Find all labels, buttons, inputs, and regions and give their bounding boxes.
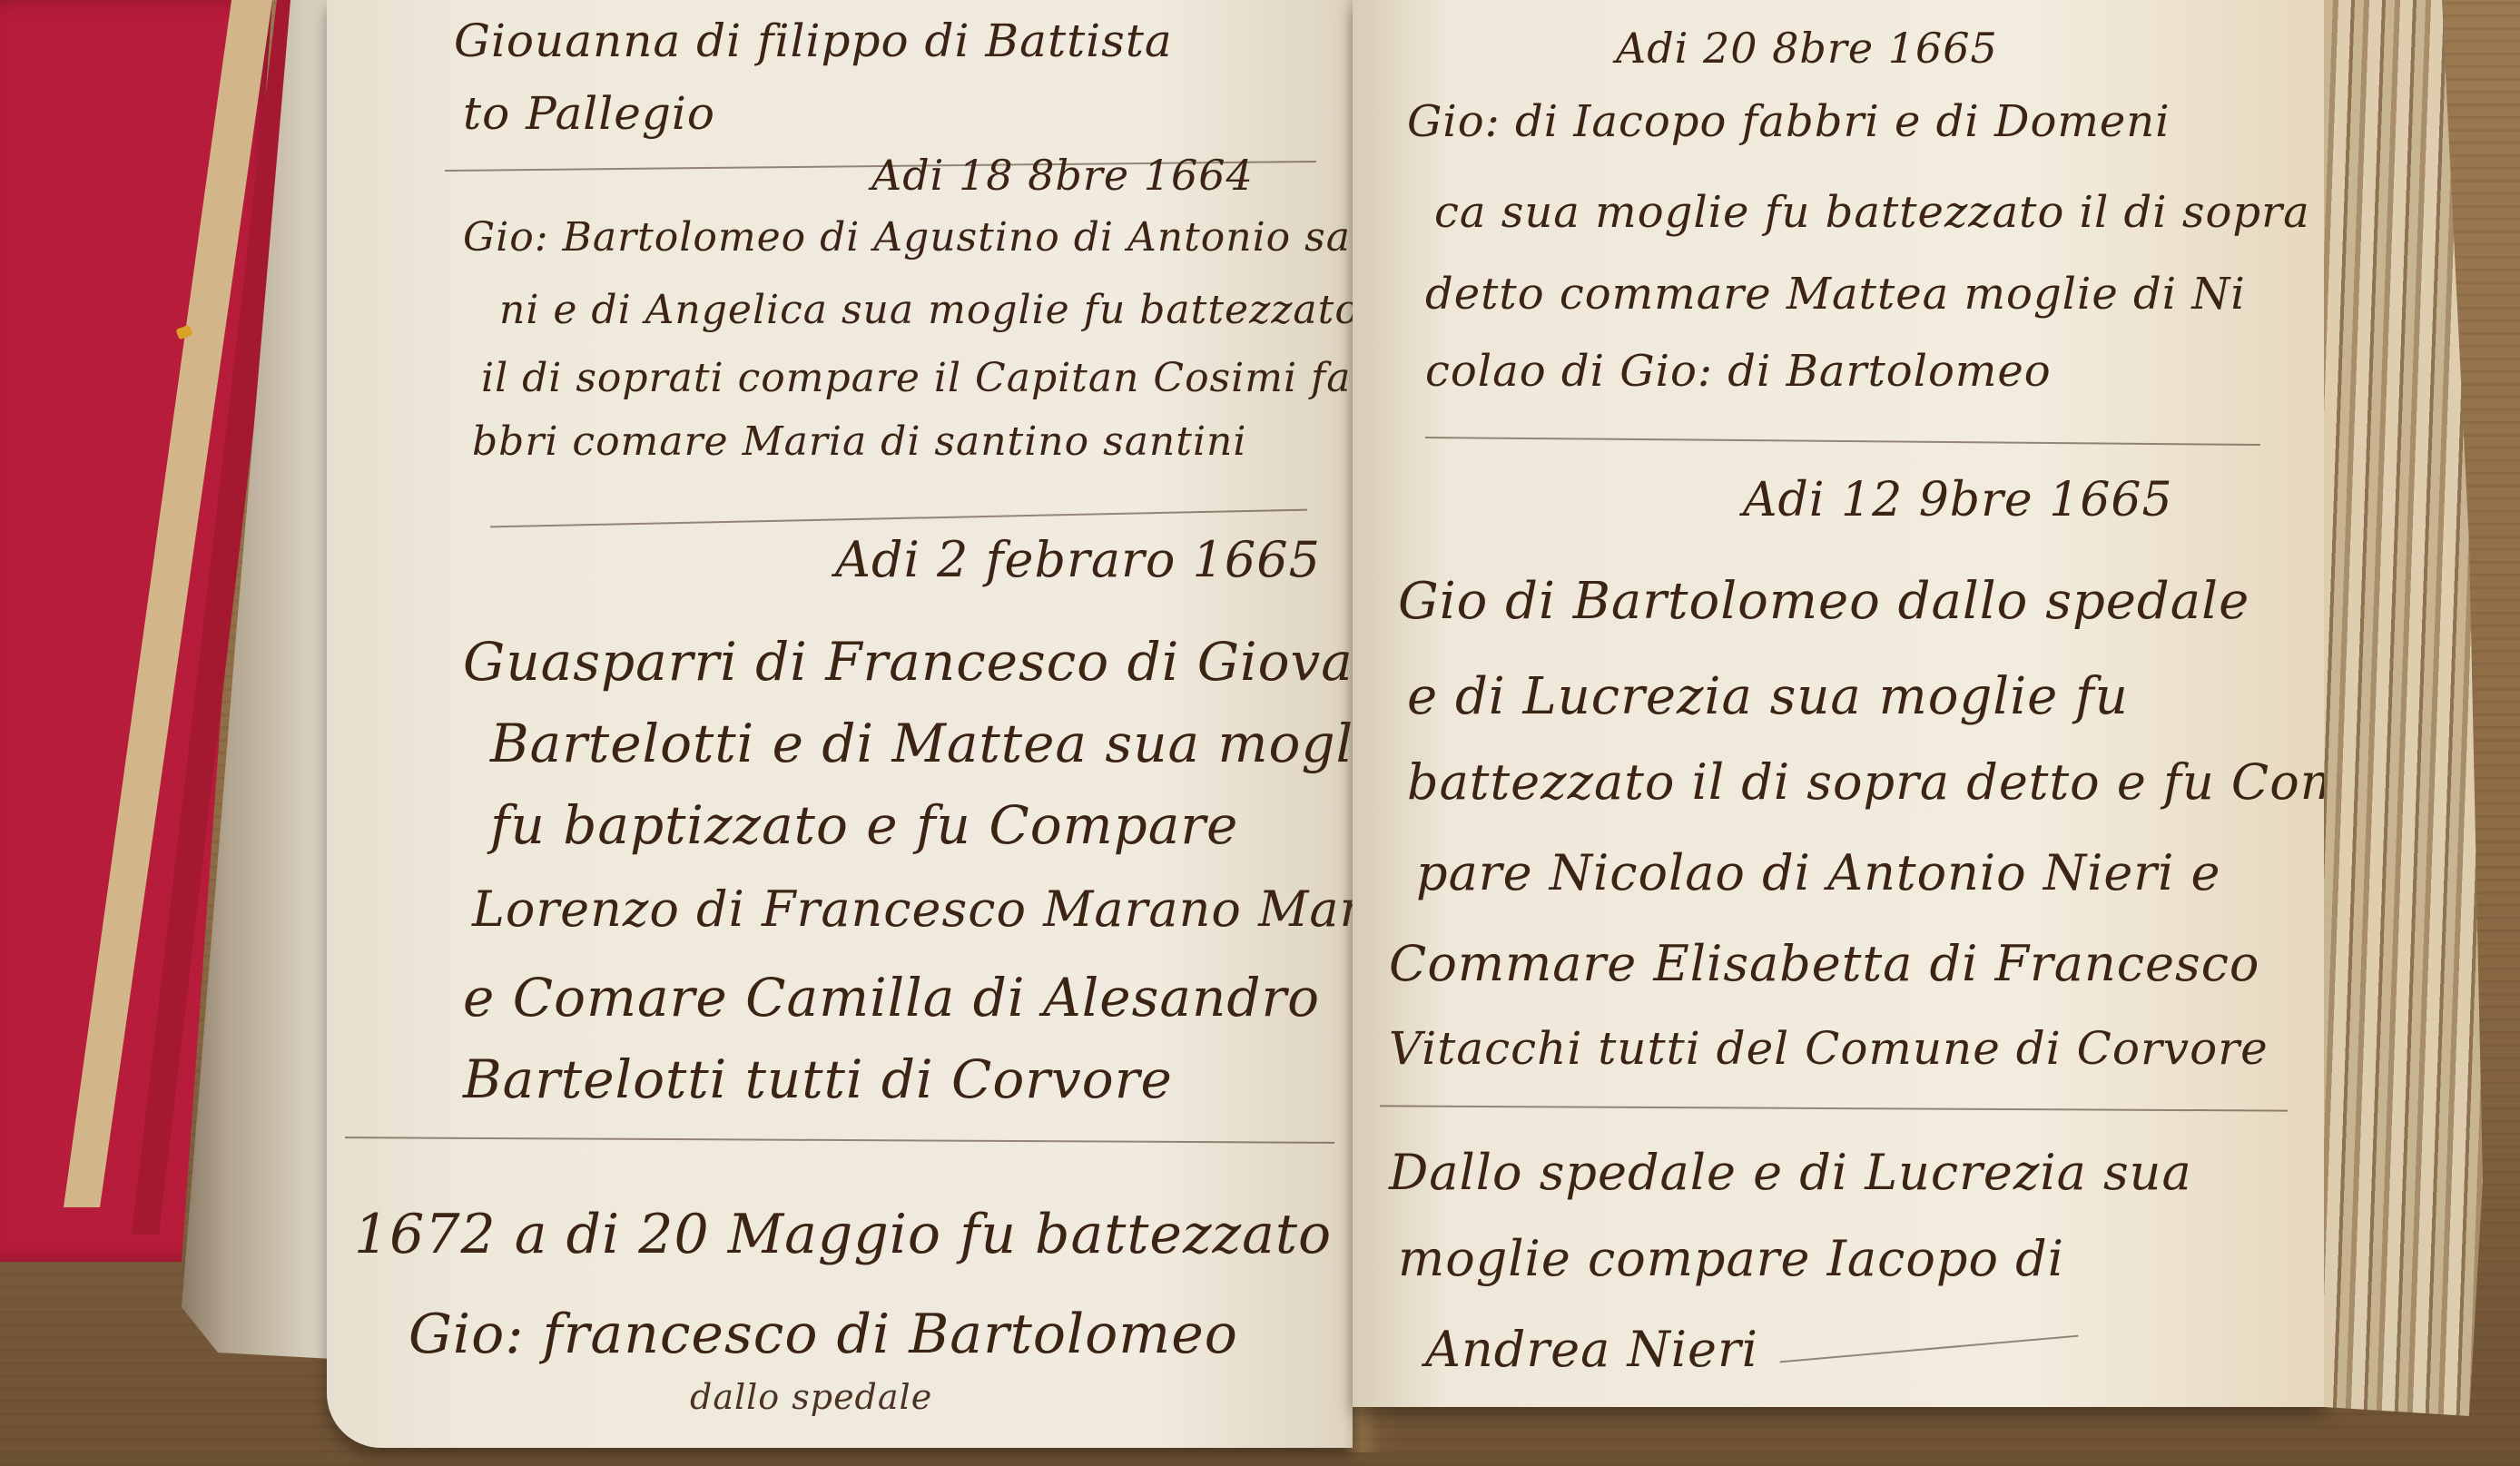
entry-line: dallo spedale	[690, 1380, 932, 1414]
entry-line: e Comare Camilla di Alesandro	[463, 971, 1320, 1024]
entry-date: Adi 20 8bre 1665	[1616, 27, 1998, 69]
entry-date: Adi 18 8bre 1664	[871, 154, 1254, 196]
entry-line: e di Lucrezia sua moglie fu	[1407, 672, 2129, 723]
divider-line	[345, 1136, 1334, 1144]
entry-line: Commare Elisabetta di Francesco	[1389, 940, 2259, 989]
divider-line	[490, 509, 1307, 528]
entry-line: colao di Gio: di Bartolomeo	[1425, 349, 2052, 393]
end-flourish-line	[1780, 1335, 2079, 1363]
entry-date: Adi 2 febraro 1665	[835, 536, 1321, 585]
entry-line: Andrea Nieri	[1425, 1325, 1758, 1374]
entry-line: Guasparri di Francesco di Giovanni	[463, 635, 1441, 688]
entry-line: ca sua moglie fu battezzato il di sopra	[1434, 191, 2310, 234]
entry-line: ni e di Angelica sua moglie fu battezzat…	[499, 290, 1360, 330]
entry-line: Gio di Bartolomeo dallo spedale	[1398, 576, 2249, 627]
right-page: Adi 20 8bre 1665 Gio: di Iacopo fabbri e…	[1353, 0, 2324, 1407]
entry-line: to Pallegio	[463, 91, 715, 136]
divider-line	[1425, 437, 2260, 446]
entry-line: Bartelotti e di Mattea sua moglie	[490, 717, 1403, 770]
divider-line	[1380, 1105, 2288, 1111]
entry-line: pare Nicolao di Antonio Nieri e	[1416, 849, 2221, 898]
entry-line: Gio: francesco di Bartolomeo	[409, 1307, 1238, 1362]
entry-line: moglie compare Iacopo di	[1398, 1235, 2064, 1284]
entry-line: detto commare Mattea moglie di Ni	[1425, 272, 2246, 316]
entry-line: Dallo spedale e di Lucrezia sua	[1389, 1148, 2192, 1197]
entry-line: il di soprati compare il Capitan Cosimi …	[481, 359, 1352, 398]
entry-line: Gio: Bartolomeo di Agustino di Antonio s…	[463, 218, 1408, 258]
entry-line: 1672 a di 20 Maggio fu battezzato	[354, 1207, 1332, 1262]
entry-line: Bartelotti tutti di Corvore	[463, 1053, 1173, 1106]
entry-line: fu baptizzato e fu Compare	[490, 799, 1238, 851]
entry-date: Adi 12 9bre 1665	[1743, 477, 2173, 524]
entry-line: Gio: di Iacopo fabbri e di Domeni	[1407, 100, 2171, 143]
left-page: Giouanna di filippo di Battista to Palle…	[327, 0, 1353, 1448]
entry-line: battezzato il di sopra detto e fu Com	[1407, 758, 2348, 807]
entry-line: bbri comare Maria di santino santini	[472, 422, 1246, 462]
entry-line: Lorenzo di Francesco Marano Mariotti	[472, 885, 1469, 934]
entry-line: Giouanna di filippo di Battista	[454, 18, 1173, 64]
entry-line: Vitacchi tutti del Comune di Corvore	[1389, 1026, 2269, 1071]
